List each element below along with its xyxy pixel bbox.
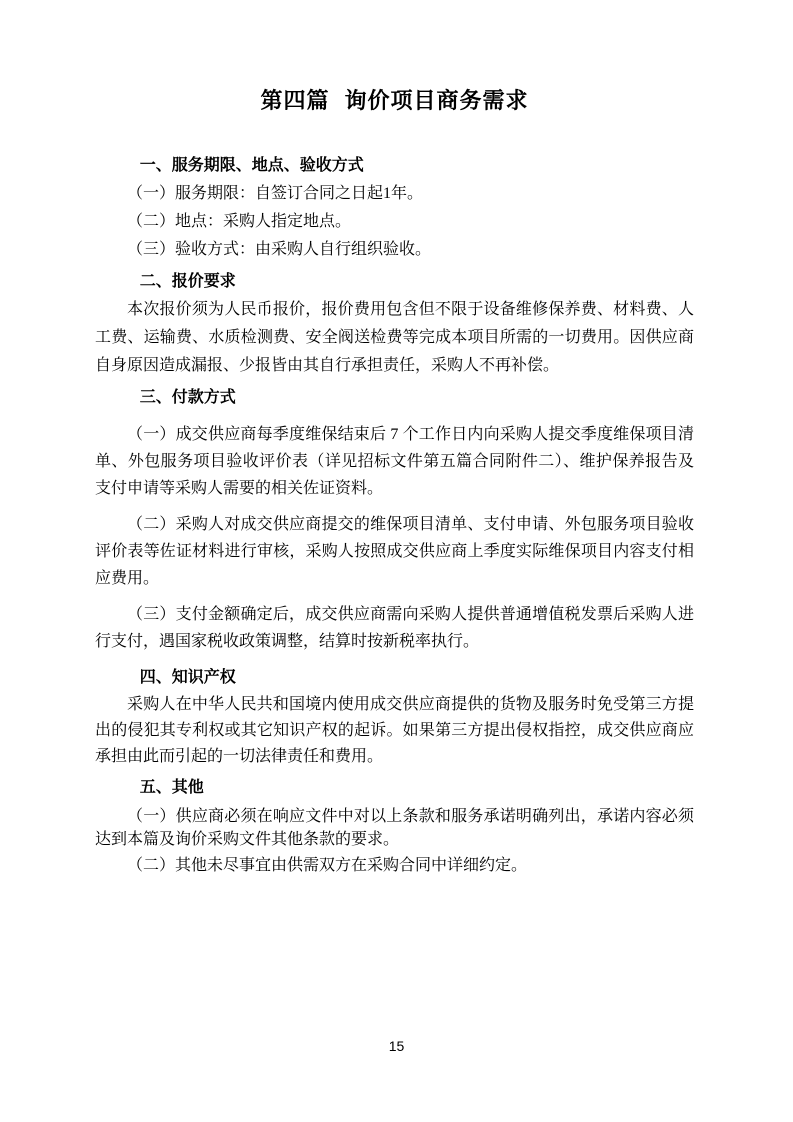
section-heading: 四、知识产权 [95, 664, 694, 692]
paragraph: 采购人在中华人民共和国境内使用成交供应商提供的货物及服务时免受第三方提出的侵犯其… [95, 692, 694, 770]
page-number: 15 [0, 1038, 793, 1054]
paragraph: （三）支付金额确定后，成交供应商需向采购人提供普通增值税发票后采购人进行支付，遇… [95, 601, 694, 655]
paragraph: （二）其他未尽事宜由供需双方在采购合同中详细约定。 [95, 854, 694, 877]
section-heading: 二、报价要求 [95, 268, 694, 296]
page-title: 第四篇 询价项目商务需求 [95, 86, 694, 116]
section-intellectual-property: 四、知识产权 采购人在中华人民共和国境内使用成交供应商提供的货物及服务时免受第三… [95, 664, 694, 770]
section-payment-method: 三、付款方式 （一）成交供应商每季度维保结束后 7 个工作日内向采购人提交季度维… [95, 384, 694, 655]
section-quotation-requirements: 二、报价要求 本次报价须为人民币报价，报价费用包含但不限于设备维修保养费、材料费… [95, 268, 694, 380]
list-item: （二）地点：采购人指定地点。 [95, 208, 694, 236]
list-item: （三）验收方式：由采购人自行组织验收。 [95, 236, 694, 264]
paragraph: （一）成交供应商每季度维保结束后 7 个工作日内向采购人提交季度维保项目清单、外… [95, 421, 694, 502]
paragraph: （二）采购人对成交供应商提交的维保项目清单、支付申请、外包服务项目验收评价表等佐… [95, 511, 694, 592]
section-other: 五、其他 （一）供应商必须在响应文件中对以上条款和服务承诺明确列出，承诺内容必须… [95, 774, 694, 877]
paragraph: （一）供应商必须在响应文件中对以上条款和服务承诺明确列出，承诺内容必须达到本篇及… [95, 805, 694, 851]
document-page: 第四篇 询价项目商务需求 一、服务期限、地点、验收方式 （一）服务期限：自签订合… [0, 0, 793, 1122]
section-service-terms: 一、服务期限、地点、验收方式 （一）服务期限：自签订合同之日起1年。 （二）地点… [95, 152, 694, 264]
section-heading: 一、服务期限、地点、验收方式 [95, 152, 694, 180]
section-heading: 五、其他 [95, 774, 694, 802]
document-content: 第四篇 询价项目商务需求 一、服务期限、地点、验收方式 （一）服务期限：自签订合… [95, 86, 694, 880]
paragraph: 本次报价须为人民币报价，报价费用包含但不限于设备维修保养费、材料费、人工费、运输… [95, 296, 694, 380]
list-item: （一）服务期限：自签订合同之日起1年。 [95, 180, 694, 208]
section-heading: 三、付款方式 [95, 384, 694, 412]
